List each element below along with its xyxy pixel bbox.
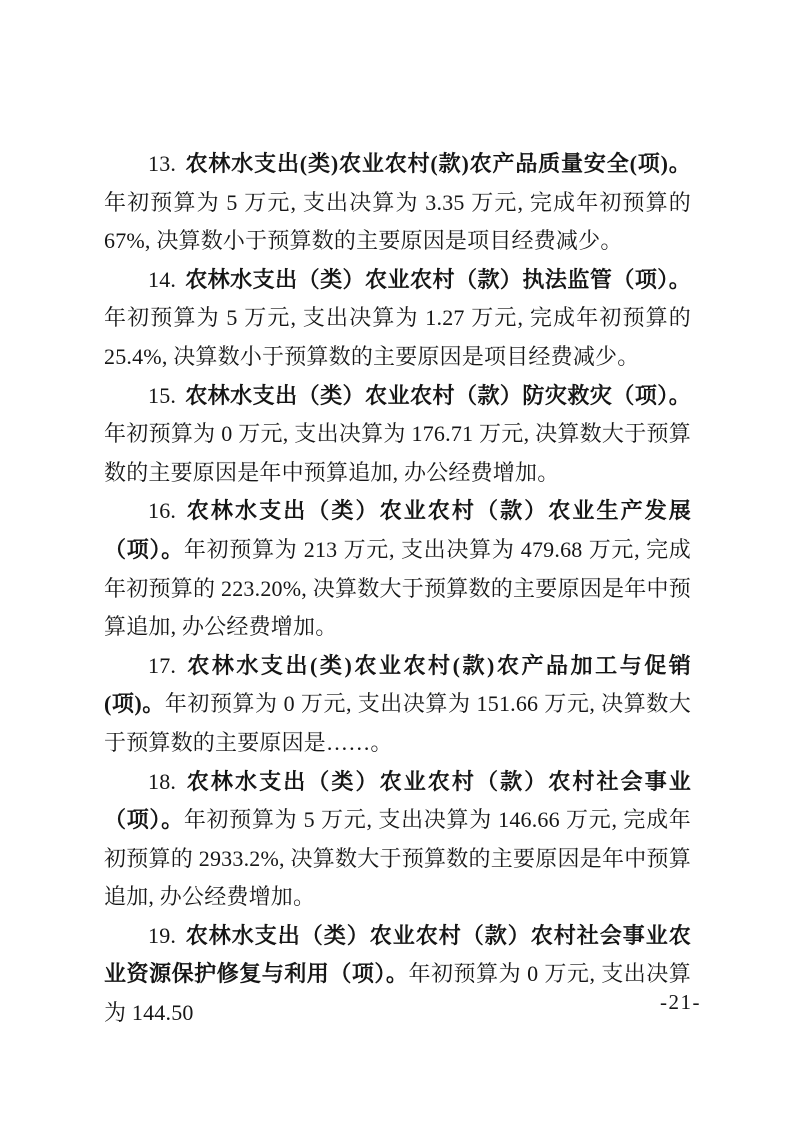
paragraph-heading: 农林水支出（类）农业农村（款）执法监管（项）。 <box>185 267 691 292</box>
paragraph-number: 15. <box>148 383 176 408</box>
paragraph-item-17: 17.农林水支出(类)农业农村(款)农产品加工与促销(项)。年初预算为 0 万元… <box>104 647 691 763</box>
paragraph-body: 年初预算为 5 万元, 支出决算为 3.35 万元, 完成年初预算的 67%, … <box>104 190 691 254</box>
paragraph-heading: 农林水支出(类)农业农村(款)农产品质量安全(项)。 <box>185 151 691 176</box>
paragraph-item-15: 15.农林水支出（类）农业农村（款）防灾救灾（项）。年初预算为 0 万元, 支出… <box>104 377 691 493</box>
paragraph-body: 年初预算为 0 万元, 支出决算为 176.71 万元, 决算数大于预算数的主要… <box>104 421 691 485</box>
paragraph-body: 年初预算为 213 万元, 支出决算为 479.68 万元, 完成年初预算的 2… <box>104 537 691 639</box>
paragraph-number: 16. <box>148 498 176 523</box>
paragraph-number: 18. <box>148 769 176 794</box>
document-content: 13.农林水支出(类)农业农村(款)农产品质量安全(项)。年初预算为 5 万元,… <box>104 145 691 1033</box>
paragraph-number: 13. <box>148 151 176 176</box>
paragraph-item-16: 16.农林水支出（类）农业农村（款）农业生产发展（项）。年初预算为 213 万元… <box>104 492 691 646</box>
paragraph-number: 17. <box>148 653 176 678</box>
page-number: -21- <box>660 990 701 1015</box>
paragraph-body: 年初预算为 5 万元, 支出决算为 146.66 万元, 完成年初预算的 293… <box>104 807 691 909</box>
paragraph-number: 14. <box>148 267 176 292</box>
paragraph-item-18: 18.农林水支出（类）农业农村（款）农村社会事业（项）。年初预算为 5 万元, … <box>104 763 691 917</box>
paragraph-number: 19. <box>148 923 176 948</box>
paragraph-item-13: 13.农林水支出(类)农业农村(款)农产品质量安全(项)。年初预算为 5 万元,… <box>104 145 691 261</box>
paragraph-heading: 农林水支出（类）农业农村（款）防灾救灾（项）。 <box>185 383 691 408</box>
paragraph-body: 年初预算为 5 万元, 支出决算为 1.27 万元, 完成年初预算的 25.4%… <box>104 305 691 369</box>
paragraph-item-19: 19.农林水支出（类）农业农村（款）农村社会事业农业资源保护修复与利用（项）。年… <box>104 917 691 1033</box>
paragraph-body: 年初预算为 0 万元, 支出决算为 151.66 万元, 决算数大于预算数的主要… <box>104 691 691 755</box>
paragraph-item-14: 14.农林水支出（类）农业农村（款）执法监管（项）。年初预算为 5 万元, 支出… <box>104 261 691 377</box>
document-page: 13.农林水支出(类)农业农村(款)农产品质量安全(项)。年初预算为 5 万元,… <box>0 0 793 1122</box>
